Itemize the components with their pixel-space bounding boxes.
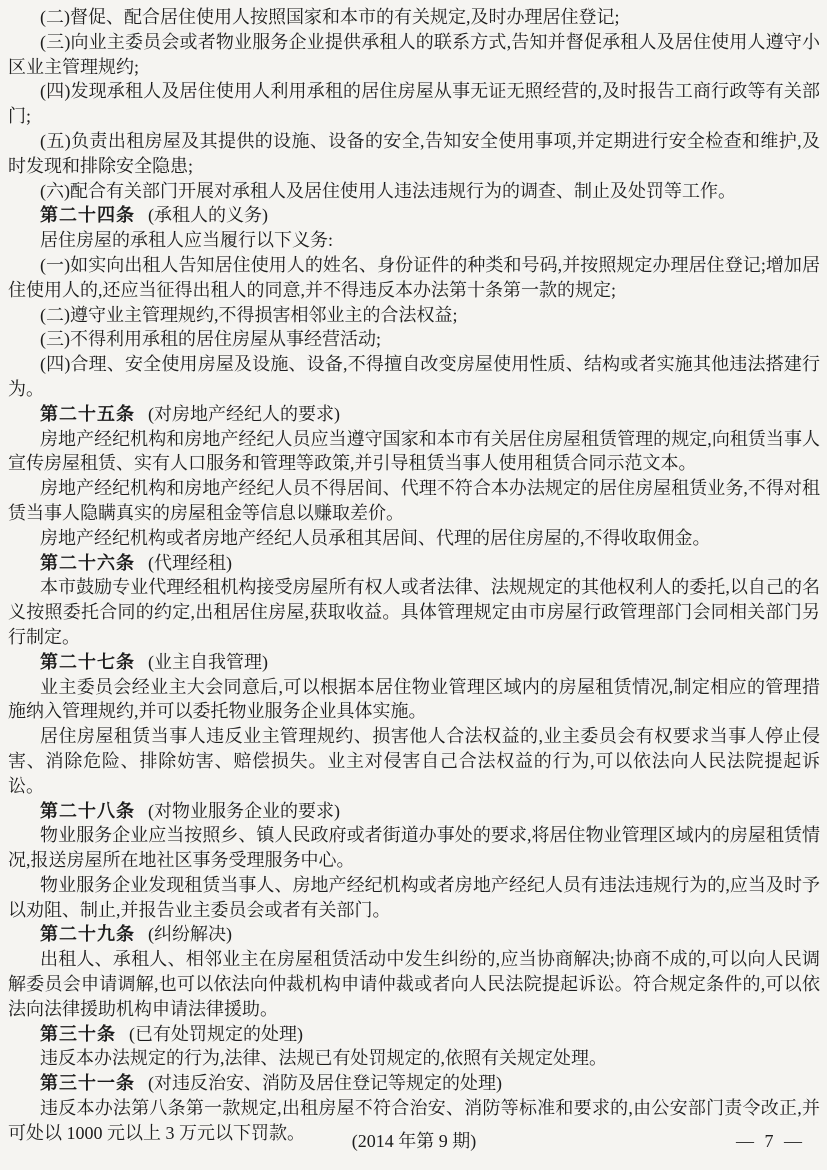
document-body: (二)督促、配合居住使用人按照国家和本市的有关规定,及时办理居住登记;(三)向业… <box>8 5 820 1146</box>
article-number: 第二十八条 <box>40 801 135 821</box>
article-title: (纠纷解决) <box>148 924 232 944</box>
page-number: — 7 — <box>736 1127 805 1155</box>
paragraph: (五)负责出租房屋及其提供的设施、设备的安全,告知安全使用事项,并定期进行安全检… <box>8 129 820 179</box>
article-title: (对房地产经纪人的要求) <box>148 404 340 424</box>
article-title: (对物业服务企业的要求) <box>148 801 340 821</box>
paragraph: 物业服务企业应当按照乡、镇人民政府或者街道办事处的要求,将居住物业管理区域内的房… <box>8 823 820 873</box>
article-number: 第二十六条 <box>40 553 135 573</box>
scanned-document-page: (二)督促、配合居住使用人按照国家和本市的有关规定,及时办理居住登记;(三)向业… <box>0 0 827 1170</box>
paragraph: (四)合理、安全使用房屋及设施、设备,不得擅自改变房屋使用性质、结构或者实施其他… <box>8 352 820 402</box>
article-heading: 第二十六条(代理经租) <box>8 551 820 576</box>
paragraph: (三)向业主委员会或者物业服务企业提供承租人的联系方式,告知并督促承租人及居住使… <box>8 30 820 80</box>
paragraph: (六)配合有关部门开展对承租人及居住使用人违法违规行为的调查、制止及处罚等工作。 <box>8 179 820 204</box>
article-number: 第二十九条 <box>40 924 135 944</box>
gazette-issue-label: (2014 年第 9 期) <box>8 1127 820 1155</box>
paragraph: 居住房屋的承租人应当履行以下义务: <box>8 228 820 253</box>
article-heading: 第二十四条(承租人的义务) <box>8 203 820 228</box>
article-number: 第二十七条 <box>40 652 135 672</box>
article-heading: 第二十五条(对房地产经纪人的要求) <box>8 402 820 427</box>
paragraph: (四)发现承租人及居住使用人利用承租的居住房屋从事无证无照经营的,及时报告工商行… <box>8 79 820 129</box>
article-title: (代理经租) <box>148 553 232 573</box>
article-title: (业主自我管理) <box>148 652 268 672</box>
paragraph: 物业服务企业发现租赁当事人、房地产经纪机构或者房地产经纪人员有违法违规行为的,应… <box>8 873 820 923</box>
article-number: 第三十条 <box>40 1024 116 1044</box>
article-heading: 第二十九条(纠纷解决) <box>8 922 820 947</box>
paragraph: 房地产经纪机构或者房地产经纪人员承租其居间、代理的居住房屋的,不得收取佣金。 <box>8 526 820 551</box>
paragraph: (一)如实向出租人告知居住使用人的姓名、身份证件的种类和号码,并按照规定办理居住… <box>8 253 820 303</box>
article-number: 第二十五条 <box>40 404 135 424</box>
page-footer: (2014 年第 9 期) — 7 — <box>8 1127 820 1155</box>
paragraph: (三)不得利用承租的居住房屋从事经营活动; <box>8 327 820 352</box>
paragraph: 出租人、承租人、相邻业主在房屋租赁活动中发生纠纷的,应当协商解决;协商不成的,可… <box>8 947 820 1021</box>
article-heading: 第二十七条(业主自我管理) <box>8 650 820 675</box>
paragraph: 本市鼓励专业代理经租机构接受房屋所有权人或者法律、法规规定的其他权利人的委托,以… <box>8 575 820 649</box>
paragraph: 违反本办法规定的行为,法律、法规已有处罚规定的,依照有关规定处理。 <box>8 1046 820 1071</box>
article-heading: 第三十条(已有处罚规定的处理) <box>8 1022 820 1047</box>
paragraph: 居住房屋租赁当事人违反业主管理规约、损害他人合法权益的,业主委员会有权要求当事人… <box>8 724 820 798</box>
paragraph: 业主委员会经业主大会同意后,可以根据本居住物业管理区域内的房屋租赁情况,制定相应… <box>8 675 820 725</box>
paragraph: (二)督促、配合居住使用人按照国家和本市的有关规定,及时办理居住登记; <box>8 5 820 30</box>
article-title: (承租人的义务) <box>148 205 268 225</box>
article-title: (对违反治安、消防及居住登记等规定的处理) <box>148 1073 502 1093</box>
paragraph: (二)遵守业主管理规约,不得损害相邻业主的合法权益; <box>8 303 820 328</box>
article-number: 第二十四条 <box>40 205 135 225</box>
article-heading: 第三十一条(对违反治安、消防及居住登记等规定的处理) <box>8 1071 820 1096</box>
article-heading: 第二十八条(对物业服务企业的要求) <box>8 799 820 824</box>
paragraph: 房地产经纪机构和房地产经纪人员应当遵守国家和本市有关居住房屋租赁管理的规定,向租… <box>8 427 820 477</box>
paragraph: 房地产经纪机构和房地产经纪人员不得居间、代理不符合本办法规定的居住房屋租赁业务,… <box>8 476 820 526</box>
article-number: 第三十一条 <box>40 1073 135 1093</box>
article-title: (已有处罚规定的处理) <box>129 1024 303 1044</box>
